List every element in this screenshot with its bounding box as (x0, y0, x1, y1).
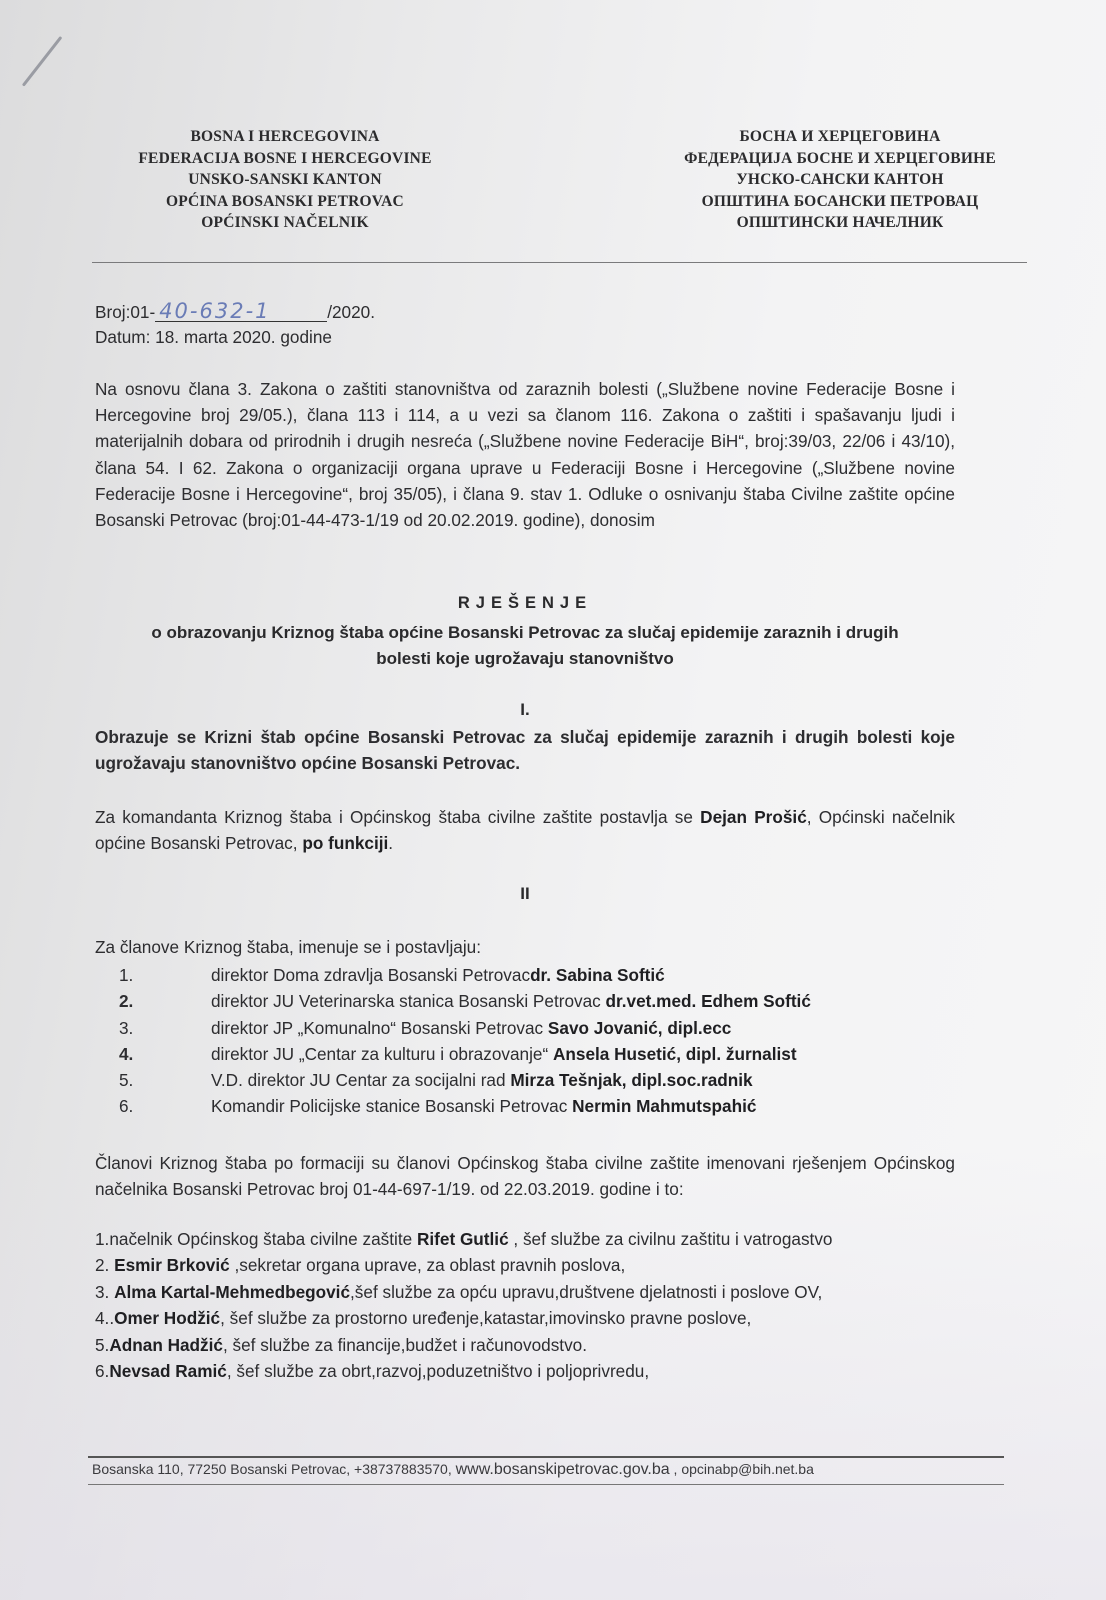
list-item: 6.Nevsad Ramić, šef službe za obrt,razvo… (95, 1358, 975, 1384)
commander-function: po funkciji (302, 833, 388, 853)
footer-website-link[interactable]: www.bosanskipetrovac.gov.ba (456, 1461, 670, 1478)
item-role: Komandir Policijske stanice Bosanski Pet… (211, 1093, 567, 1119)
item-name: Alma Kartal-Mehmedbegović (114, 1282, 350, 1302)
item-name: Ansela Husetić, dipl. žurnalist (553, 1041, 797, 1067)
broj-suffix: /2020. (327, 302, 375, 322)
item-number: 4. (95, 1041, 211, 1067)
header-cyrillic-line: ОПШТИНА БОСАНСКИ ПЕТРОВАЦ (650, 191, 1030, 213)
item-prefix: 6. (95, 1361, 109, 1381)
item-number: 5. (95, 1067, 211, 1093)
item-role: direktor JU Veterinarska stanica Bosansk… (211, 988, 601, 1014)
item-name: Nermin Mahmutspahić (572, 1093, 756, 1119)
staple-mark (22, 36, 63, 87)
header-cyrillic: БОСНА И ХЕРЦЕГОВИНА ФЕДЕРАЦИЈА БОСНЕ И Х… (650, 126, 1030, 234)
members-intro: Za članove Kriznog štaba, imenuje se i p… (95, 937, 481, 958)
item-role: V.D. direktor JU Centar za socijalni rad (211, 1067, 506, 1093)
item-prefix: 3. (95, 1282, 114, 1302)
item-role: direktor JP „Komunalno“ Bosanski Petrova… (211, 1015, 543, 1041)
section1-paragraph: Obrazuje se Krizni štab općine Bosanski … (95, 724, 955, 776)
item-name: Savo Jovanić, dipl.ecc (548, 1015, 731, 1041)
header-cyrillic-line: ФЕДЕРАЦИЈА БОСНЕ И ХЕРЦЕГОВИНЕ (650, 148, 1030, 170)
footer-email[interactable]: , opcinabp@bih.net.ba (670, 1461, 814, 1477)
header-cyrillic-line: УНСКО-САНСКИ КАНТОН (650, 169, 1030, 191)
list-item: 1.načelnik Općinskog štaba civilne zašti… (95, 1226, 975, 1252)
item-name: Rifet Gutlić (417, 1229, 509, 1249)
item-prefix: 5. (95, 1335, 109, 1355)
header-divider (92, 262, 1027, 263)
item-number: 6. (95, 1093, 211, 1119)
item-name: Mirza Tešnjak, dipl.soc.radnik (510, 1067, 752, 1093)
header-latin-line: OPĆINSKI NAČELNIK (100, 212, 470, 234)
list-item: 1.direktor Doma zdravlja Bosanski Petrov… (95, 962, 975, 988)
item-prefix: 2. (95, 1255, 114, 1275)
item-name: Omer Hodžić (114, 1308, 220, 1328)
list-item: 3. Alma Kartal-Mehmedbegović,šef službe … (95, 1279, 975, 1305)
list-item: 2.direktor JU Veterinarska stanica Bosan… (95, 988, 975, 1014)
item-role: ,sekretar organa uprave, za oblast pravn… (230, 1255, 626, 1275)
commander-name: Dejan Prošić (700, 807, 807, 827)
broj-label: Broj:01- (95, 302, 155, 322)
commander-paragraph: Za komandanta Kriznog štaba i Općinskog … (95, 804, 955, 856)
list-item: 2. Esmir Brković ,sekretar organa uprave… (95, 1252, 975, 1278)
header-latin-line: BOSNA I HERCEGOVINA (100, 126, 470, 148)
decision-subtitle-line: bolesti koje ugrožavaju stanovništvo (95, 646, 955, 672)
item-role: direktor Doma zdravlja Bosanski Petrovac (211, 962, 530, 988)
item-name: Nevsad Ramić (109, 1361, 227, 1381)
document-date: Datum: 18. marta 2020. godine (95, 327, 332, 348)
item-number: 2. (95, 988, 211, 1014)
item-name: dr. Sabina Softić (530, 962, 665, 988)
decision-title: RJEŠENJE (95, 594, 955, 613)
handwritten-number: 40-632-1 (155, 301, 327, 322)
item-prefix: 1.načelnik Općinskog štaba civilne zašti… (95, 1229, 417, 1249)
item-role: direktor JU „Centar za kulturu i obrazov… (211, 1041, 548, 1067)
footer: Bosanska 110, 77250 Bosanski Petrovac, +… (92, 1461, 814, 1479)
legal-preamble: Na osnovu člana 3. Zakona o zaštiti stan… (95, 376, 955, 533)
list-item: 4.direktor JU „Centar za kulturu i obraz… (95, 1041, 975, 1067)
item-number: 1. (95, 962, 211, 988)
item-name: Adnan Hadžić (109, 1335, 223, 1355)
document-page: BOSNA I HERCEGOVINA FEDERACIJA BOSNE I H… (0, 0, 1106, 1600)
header-latin-line: OPĆINA BOSANSKI PETROVAC (100, 191, 470, 213)
footer-divider-top (88, 1456, 1004, 1458)
list-item: 5.V.D. direktor JU Centar za socijalni r… (95, 1067, 975, 1093)
section-heading-1: I. (95, 700, 955, 720)
item-number: 3. (95, 1015, 211, 1041)
footer-divider-bottom (88, 1484, 1004, 1485)
header-cyrillic-line: БОСНА И ХЕРЦЕГОВИНА (650, 126, 1030, 148)
reference-number: Broj:01-40-632-1/2020. (95, 301, 375, 323)
members-list: 1.direktor Doma zdravlja Bosanski Petrov… (95, 962, 975, 1120)
list-item: 3.direktor JP „Komunalno“ Bosanski Petro… (95, 1015, 975, 1041)
header-latin: BOSNA I HERCEGOVINA FEDERACIJA BOSNE I H… (100, 126, 470, 234)
item-name: Esmir Brković (114, 1255, 230, 1275)
header-latin-line: FEDERACIJA BOSNE I HERCEGOVINE (100, 148, 470, 170)
item-role: , šef službe za financije,budžet i račun… (223, 1335, 587, 1355)
header-cyrillic-line: ОПШТИНСКИ НАЧЕЛНИК (650, 212, 1030, 234)
decision-subtitle: o obrazovanju Kriznog štaba općine Bosan… (95, 620, 955, 672)
item-role: ,šef službe za opću upravu,društvene dje… (350, 1282, 822, 1302)
footer-address: Bosanska 110, 77250 Bosanski Petrovac, +… (92, 1461, 456, 1477)
list-item: 4..Omer Hodžić, šef službe za prostorno … (95, 1305, 975, 1331)
item-prefix: 4.. (95, 1308, 114, 1328)
item-role: , šef službe za civilnu zaštitu i vatrog… (509, 1229, 833, 1249)
formation-members-list: 1.načelnik Općinskog štaba civilne zašti… (95, 1226, 975, 1384)
commander-text: Za komandanta Kriznog štaba i Općinskog … (95, 807, 700, 827)
decision-subtitle-line: o obrazovanju Kriznog štaba općine Bosan… (95, 620, 955, 646)
header-latin-line: UNSKO-SANSKI KANTON (100, 169, 470, 191)
item-name: dr.vet.med. Edhem Softić (606, 988, 811, 1014)
commander-text: . (388, 833, 393, 853)
item-role: , šef službe za prostorno uređenje,katas… (220, 1308, 751, 1328)
list-item: 5.Adnan Hadžić, šef službe za financije,… (95, 1332, 975, 1358)
item-role: , šef službe za obrt,razvoj,poduzetništv… (227, 1361, 649, 1381)
section-heading-2: II (95, 884, 955, 904)
formation-paragraph: Članovi Kriznog štaba po formaciji su čl… (95, 1150, 955, 1202)
list-item: 6.Komandir Policijske stanice Bosanski P… (95, 1093, 975, 1119)
